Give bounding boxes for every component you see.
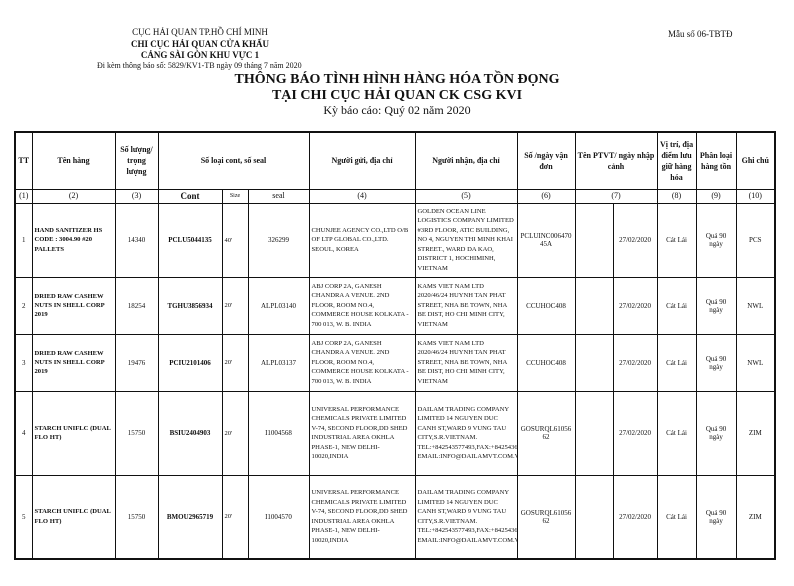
table-row: 4 STARCH UNIFLC (DUAL FLO HT) 15750 BSIU… (15, 391, 775, 475)
col-header-category: Phân loại hàng tồn (696, 132, 736, 189)
row-quantity: 18254 (115, 277, 158, 334)
row-tt: 1 (15, 203, 32, 277)
row-note: PCS (736, 203, 775, 277)
agency-name: CỤC HẢI QUAN TP.HỒ CHÍ MINH (100, 27, 300, 37)
row-container-number: PCIU2101406 (158, 334, 222, 391)
row-sender: ABJ CORP 2A, GANESH CHANDRA A VENUE. 2ND… (309, 334, 415, 391)
col-header-container-seal: Số loại cont, số seal (158, 132, 309, 189)
col-number: (5) (415, 189, 517, 203)
col-subheader-cont: Cont (158, 189, 222, 203)
row-bill-of-lading: CCUHOC408 (517, 277, 575, 334)
col-number: (4) (309, 189, 415, 203)
row-entry-date: 27/02/2020 (613, 334, 657, 391)
row-note: ZIM (736, 475, 775, 559)
row-tt: 5 (15, 475, 32, 559)
row-seal-number: I1004568 (248, 391, 309, 475)
row-entry-date: 27/02/2020 (613, 391, 657, 475)
col-header-bill-of-lading: Số /ngày vận đơn (517, 132, 575, 189)
row-location: Cát Lái (657, 475, 696, 559)
row-quantity: 15750 (115, 475, 158, 559)
table-row: 1 HAND SANITIZER HS CODE : 3004.90 #20 P… (15, 203, 775, 277)
row-quantity: 15750 (115, 391, 158, 475)
col-number: (3) (115, 189, 158, 203)
col-number: (1) (15, 189, 32, 203)
row-container-size: 20' (222, 391, 248, 475)
row-tt: 2 (15, 277, 32, 334)
row-quantity: 14340 (115, 203, 158, 277)
row-seal-number: ALPL03140 (248, 277, 309, 334)
row-seal-number: 326299 (248, 203, 309, 277)
row-container-number: BSIU2404903 (158, 391, 222, 475)
row-entry-date: 27/02/2020 (613, 277, 657, 334)
row-container-number: TGHU3856934 (158, 277, 222, 334)
col-header-receiver: Người nhận, địa chỉ (415, 132, 517, 189)
col-header-quantity: Số lượng/ trọng lượng (115, 132, 158, 189)
table-row: 3 DRIED RAW CASHEW NUTS IN SHELL CORP 20… (15, 334, 775, 391)
row-bill-of-lading: PCLUINC00647045A (517, 203, 575, 277)
row-receiver: KAMS VIET NAM LTD 2020/46/24 HUYNH TAN P… (415, 334, 517, 391)
report-period: Kỳ báo cáo: Quý 02 năm 2020 (200, 103, 594, 118)
row-vessel (575, 203, 613, 277)
row-bill-of-lading: GOSURQL6105662 (517, 475, 575, 559)
row-vessel (575, 277, 613, 334)
row-container-size: 40' (222, 203, 248, 277)
row-location: Cát Lái (657, 334, 696, 391)
row-note: ZIM (736, 391, 775, 475)
row-entry-date: 27/02/2020 (613, 475, 657, 559)
row-bill-of-lading: CCUHOC408 (517, 334, 575, 391)
inventory-table: TT Tên hàng Số lượng/ trọng lượng Số loạ… (14, 131, 776, 560)
row-note: NWL (736, 334, 775, 391)
sub-agency-name: CHI CỤC HẢI QUAN CỬA KHẨU (100, 39, 300, 49)
col-header-goods-name: Tên hàng (32, 132, 115, 189)
col-number: (7) (575, 189, 657, 203)
col-header-sender: Người gửi, địa chỉ (309, 132, 415, 189)
row-sender: ABJ CORP 2A, GANESH CHANDRA A VENUE. 2ND… (309, 277, 415, 334)
row-receiver: KAMS VIET NAM LTD 2020/46/24 HUYNH TAN P… (415, 277, 517, 334)
row-sender: UNIVERSAL PERFORMANCE CHEMICALS PRIVATE … (309, 391, 415, 475)
col-header-note: Ghi chú (736, 132, 775, 189)
row-note: NWL (736, 277, 775, 334)
row-category: Quá 90 ngày (696, 475, 736, 559)
row-location: Cát Lái (657, 277, 696, 334)
document-subtitle: TẠI CHI CỤC HẢI QUAN CK CSG KVI (200, 88, 594, 104)
row-location: Cát Lái (657, 391, 696, 475)
col-number: (6) (517, 189, 575, 203)
row-receiver: DAILAM TRADING COMPANY LIMITED 14 NGUYEN… (415, 391, 517, 475)
row-container-size: 20' (222, 334, 248, 391)
row-goods-name: DRIED RAW CASHEW NUTS IN SHELL CORP 2019 (32, 277, 115, 334)
row-goods-name: DRIED RAW CASHEW NUTS IN SHELL CORP 2019 (32, 334, 115, 391)
row-quantity: 19476 (115, 334, 158, 391)
col-number: (2) (32, 189, 115, 203)
row-vessel (575, 334, 613, 391)
column-number-row: (1) (2) (3) Cont Size seal (4) (5) (6) (… (15, 189, 775, 203)
col-subheader-size: Size (222, 189, 248, 203)
row-container-number: BMOU2965719 (158, 475, 222, 559)
row-category: Quá 90 ngày (696, 391, 736, 475)
col-header-location: Vị trí, địa điểm lưu giữ hàng hóa (657, 132, 696, 189)
row-tt: 3 (15, 334, 32, 391)
row-vessel (575, 475, 613, 559)
row-vessel (575, 391, 613, 475)
col-number: (10) (736, 189, 775, 203)
row-category: Quá 90 ngày (696, 277, 736, 334)
row-sender: UNIVERSAL PERFORMANCE CHEMICALS PRIVATE … (309, 475, 415, 559)
row-receiver: DAILAM TRADING COMPANY LIMITED 14 NGUYEN… (415, 475, 517, 559)
row-seal-number: I1004570 (248, 475, 309, 559)
row-bill-of-lading: GOSURQL6105662 (517, 391, 575, 475)
col-number: (8) (657, 189, 696, 203)
row-container-number: PCLU5044135 (158, 203, 222, 277)
table-row: 2 DRIED RAW CASHEW NUTS IN SHELL CORP 20… (15, 277, 775, 334)
row-goods-name: STARCH UNIFLC (DUAL FLO HT) (32, 475, 115, 559)
document-title: THÔNG BÁO TÌNH HÌNH HÀNG HÓA TỒN ĐỌNG (200, 72, 594, 88)
row-sender: CHUNJEE AGENCY CO.,LTD O/B OF LTP GLOBAL… (309, 203, 415, 277)
row-category: Quá 90 ngày (696, 203, 736, 277)
row-location: Cát Lái (657, 203, 696, 277)
col-subheader-seal: seal (248, 189, 309, 203)
table-header-row: TT Tên hàng Số lượng/ trọng lượng Số loạ… (15, 132, 775, 189)
row-category: Quá 90 ngày (696, 334, 736, 391)
col-header-tt: TT (15, 132, 32, 189)
form-number: Mẫu số 06-TBTĐ (668, 29, 733, 39)
row-receiver: GOLDEN OCEAN LINE LOGISTICS COMPANY LIMI… (415, 203, 517, 277)
row-goods-name: STARCH UNIFLC (DUAL FLO HT) (32, 391, 115, 475)
row-goods-name: HAND SANITIZER HS CODE : 3004.90 #20 PAL… (32, 203, 115, 277)
row-container-size: 20' (222, 475, 248, 559)
row-seal-number: ALPL03137 (248, 334, 309, 391)
col-number: (9) (696, 189, 736, 203)
table-row: 5 STARCH UNIFLC (DUAL FLO HT) 15750 BMOU… (15, 475, 775, 559)
row-entry-date: 27/02/2020 (613, 203, 657, 277)
table-body: 1 HAND SANITIZER HS CODE : 3004.90 #20 P… (15, 203, 775, 559)
sub-agency-region: CẢNG SÀI GÒN KHU VỰC 1 (100, 50, 300, 60)
attachment-note: Đi kèm thông báo số: 5829/KV1-TB ngày 09… (97, 61, 307, 70)
row-container-size: 20' (222, 277, 248, 334)
col-header-vessel: Tên PTVT/ ngày nhập cảnh (575, 132, 657, 189)
row-tt: 4 (15, 391, 32, 475)
